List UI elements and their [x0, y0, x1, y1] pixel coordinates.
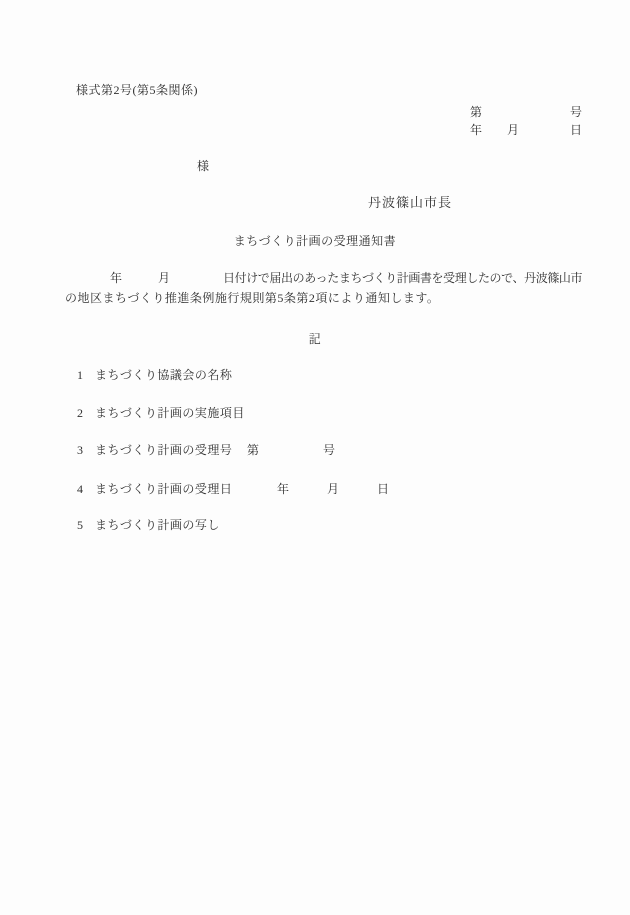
addressee-line: 様	[0, 158, 630, 174]
item-5-label: まちづくり計画の写し	[95, 517, 220, 533]
sender-name: 丹波篠山市長	[368, 195, 452, 211]
document-title: まちづくり計画の受理通知書	[0, 233, 630, 249]
list-item-2: 2 まちづくり計画の実施項目	[0, 405, 630, 421]
item-5-number: 5	[77, 517, 84, 533]
list-item-5: 5 まちづくり計画の写し	[0, 517, 630, 533]
item-4-receipt-date-month-label: 月	[327, 481, 340, 497]
item-4-label: まちづくり計画の受理日	[95, 481, 232, 497]
sender-line: 丹波篠山市長	[0, 195, 630, 211]
item-3-number: 3	[77, 442, 84, 458]
item-3-receipt-number-prefix: 第	[247, 442, 260, 458]
item-4-number: 4	[77, 481, 84, 497]
item-4-receipt-date-year-label: 年	[277, 481, 290, 497]
body-year-label: 年	[110, 270, 123, 286]
body-paragraph-line1: 年 月 日付けで届出のあったまちづくり計画書を受理したので、丹波篠山市	[0, 270, 630, 286]
item-3-label: まちづくり計画の受理号	[95, 442, 232, 458]
item-1-number: 1	[77, 367, 84, 383]
issue-date-line: 年 月 日	[0, 122, 630, 138]
form-number: 様式第2号(第5条関係)	[76, 82, 198, 98]
list-item-1: 1 まちづくり協議会の名称	[0, 367, 630, 383]
list-item-4: 4 まちづくり計画の受理日 年 月 日	[0, 481, 630, 497]
addressee-honorific: 様	[197, 158, 210, 174]
body-paragraph-line2: の地区まちづくり推進条例施行規則第5条第2項により通知します。	[0, 290, 630, 306]
item-1-label: まちづくり協議会の名称	[95, 367, 232, 383]
item-4-receipt-date-day-label: 日	[377, 481, 390, 497]
body-month-label: 月	[158, 270, 171, 286]
record-heading: 記	[0, 331, 630, 347]
issue-date-day-label: 日	[570, 122, 583, 138]
reference-number-suffix: 号	[570, 104, 583, 120]
reference-number-prefix: 第	[470, 104, 483, 120]
item-3-receipt-number-suffix: 号	[323, 442, 336, 458]
body-line1-text: 日付けで届出のあったまちづくり計画書を受理したので、丹波篠山市	[223, 270, 582, 286]
issue-date-month-label: 月	[507, 122, 520, 138]
issue-date-year-label: 年	[470, 122, 483, 138]
reference-number-line: 第 号	[0, 104, 630, 120]
item-2-number: 2	[77, 405, 84, 421]
document-page: 様式第2号(第5条関係) 第 号 年 月 日 様 丹波篠山市長 まちづくり計画の…	[0, 0, 630, 915]
list-item-3: 3 まちづくり計画の受理号 第 号	[0, 442, 630, 458]
item-2-label: まちづくり計画の実施項目	[95, 405, 245, 421]
